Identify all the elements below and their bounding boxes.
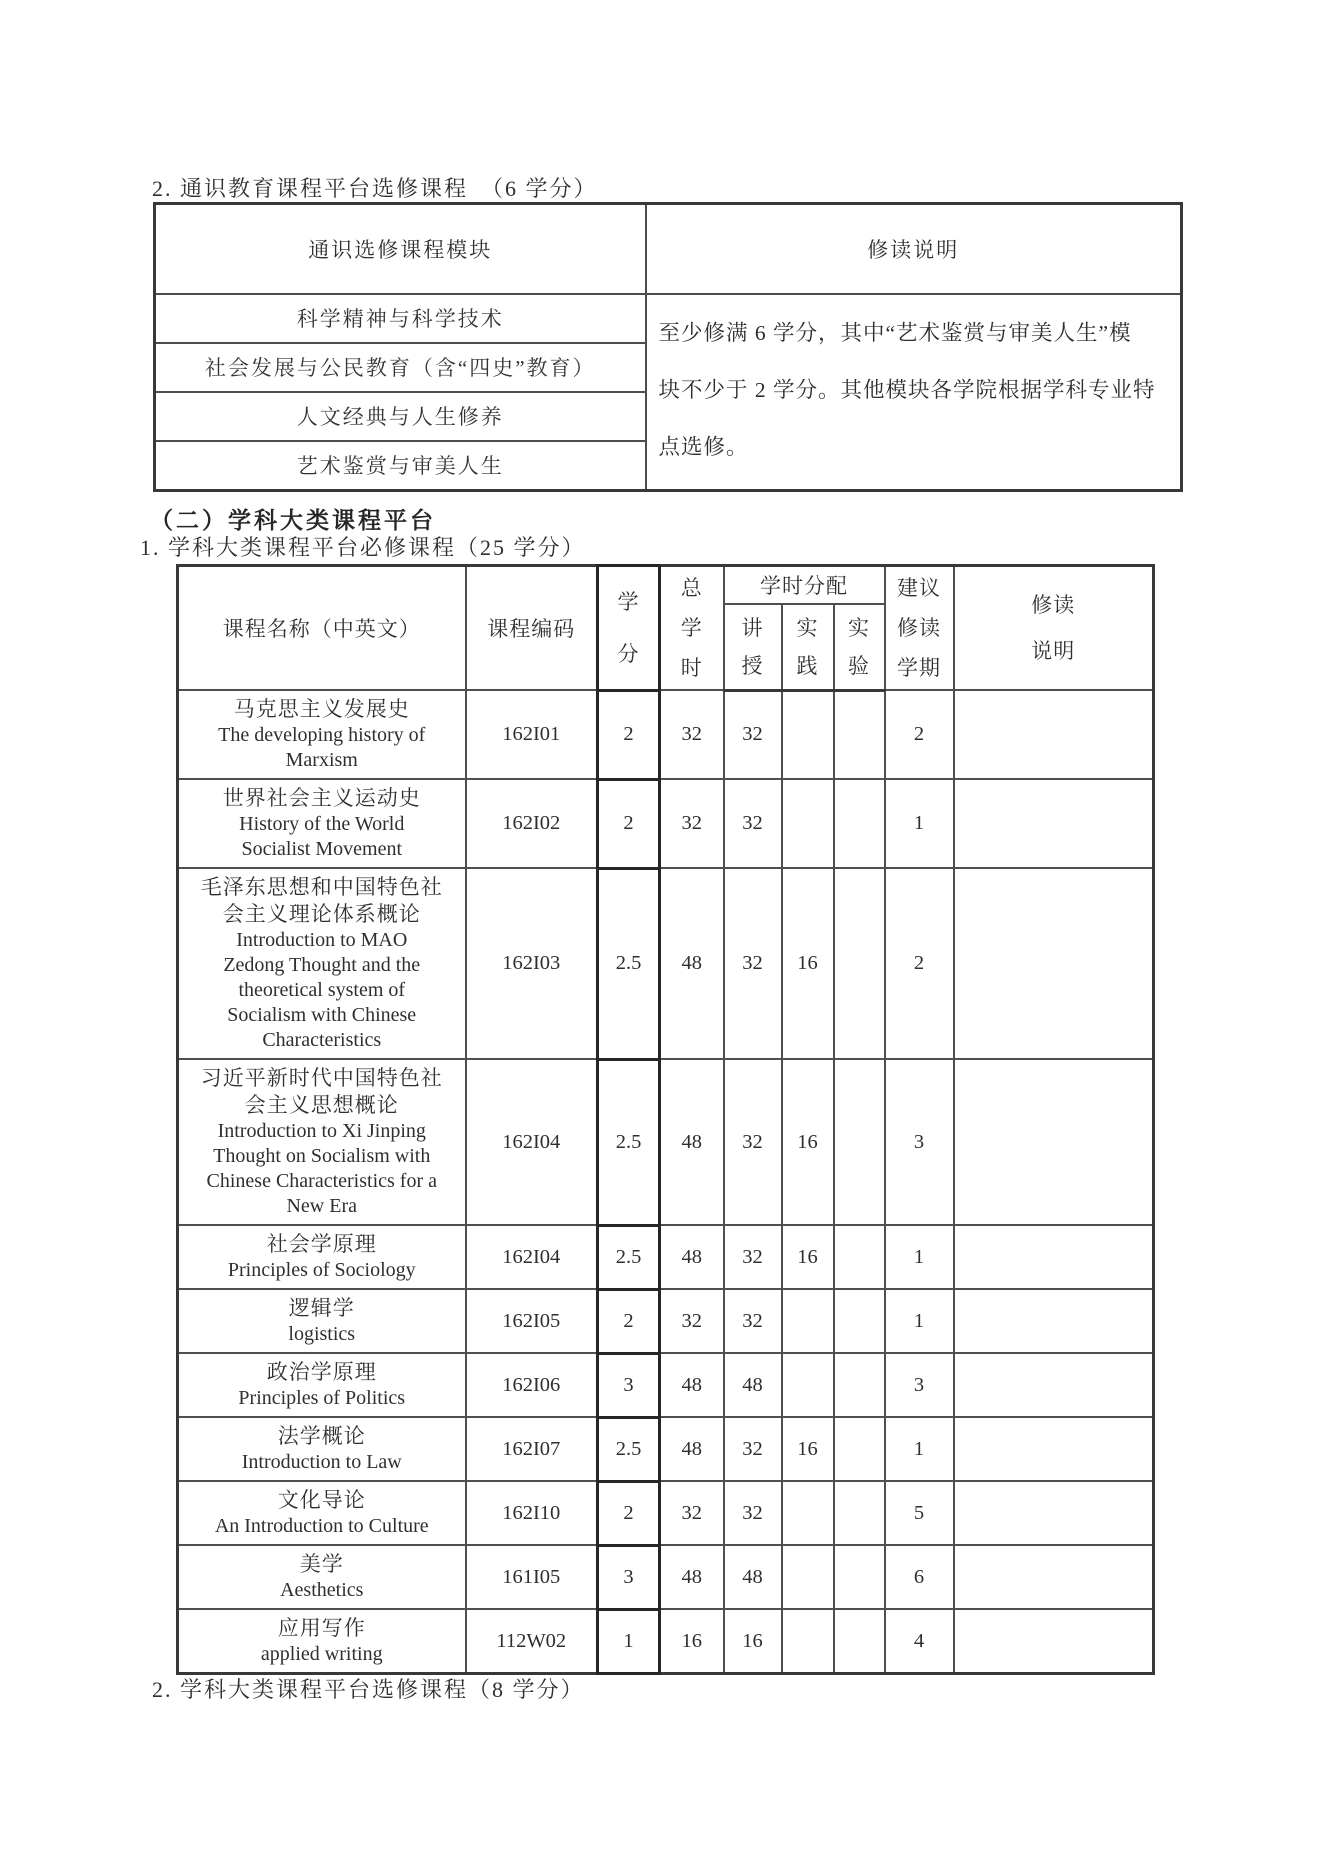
- course-name-en: The developing history of Marxism: [183, 723, 461, 773]
- course-name-en: Introduction to Xi Jinping Thought on So…: [183, 1119, 461, 1219]
- course-row: 文化导论 An Introduction to Culture 162I10 2…: [178, 1481, 1154, 1545]
- course-code-cell: 161I05: [466, 1545, 598, 1609]
- course-row: 社会学原理 Principles of Sociology 162I04 2.5…: [178, 1225, 1154, 1289]
- course-name-zh: 法学概论: [183, 1423, 461, 1450]
- table1-header-row: 通识选修课程模块 修读说明: [155, 204, 1182, 294]
- course-name-zh: 美学: [183, 1551, 461, 1578]
- course-name-en: Introduction to Law: [183, 1450, 461, 1475]
- course-name-en: History of the World Socialist Movement: [183, 812, 461, 862]
- course-credit-cell: 2: [598, 1481, 660, 1545]
- course-row: 政治学原理 Principles of Politics 162I06 3 48…: [178, 1353, 1154, 1417]
- course-semester-cell: 2: [885, 690, 954, 779]
- course-name-en: Principles of Politics: [183, 1386, 461, 1411]
- course-name-en: An Introduction to Culture: [183, 1514, 461, 1539]
- course-note-cell: [954, 1545, 1154, 1609]
- course-row: 应用写作 applied writing 112W02 1 16 16 4: [178, 1609, 1154, 1674]
- course-note-cell: [954, 1059, 1154, 1225]
- course-name-cell: 文化导论 An Introduction to Culture: [178, 1481, 466, 1545]
- course-name-en: applied writing: [183, 1642, 461, 1667]
- course-practice-hours-cell: [782, 1481, 834, 1545]
- course-experiment-hours-cell: [834, 779, 885, 868]
- course-lecture-hours-cell: 32: [724, 1417, 782, 1481]
- course-total-hours-cell: 32: [660, 1481, 724, 1545]
- note-line: 块不少于 2 学分。其他模块各学院根据学科专业特: [659, 362, 1175, 419]
- course-semester-cell: 4: [885, 1609, 954, 1674]
- course-code-cell: 162I03: [466, 868, 598, 1059]
- course-lecture-hours-cell: 32: [724, 1481, 782, 1545]
- course-row: 美学 Aesthetics 161I05 3 48 48 6: [178, 1545, 1154, 1609]
- heading-general-elective: 2. 通识教育课程平台选修课程 （6 学分）: [152, 172, 598, 203]
- course-total-hours-cell: 32: [660, 1289, 724, 1353]
- course-name-zh: 世界社会主义运动史: [183, 785, 461, 812]
- course-experiment-hours-cell: [834, 1289, 885, 1353]
- course-credit-cell: 3: [598, 1545, 660, 1609]
- course-lecture-hours-cell: 32: [724, 868, 782, 1059]
- course-name-en: Principles of Sociology: [183, 1258, 461, 1283]
- course-name-en: Aesthetics: [183, 1578, 461, 1603]
- course-name-en: Introduction to MAO Zedong Thought and t…: [183, 928, 461, 1053]
- module-cell: 社会发展与公民教育（含“四史”教育）: [155, 343, 646, 392]
- course-credit-cell: 2.5: [598, 1417, 660, 1481]
- course-practice-hours-cell: [782, 779, 834, 868]
- course-plan-page: 2. 通识教育课程平台选修课程 （6 学分） 通识选修课程模块 修读说明 科学精…: [0, 0, 1323, 1871]
- course-name-zh: 政治学原理: [183, 1359, 461, 1386]
- course-row: 习近平新时代中国特色社 会主义思想概论 Introduction to Xi J…: [178, 1059, 1154, 1225]
- course-total-hours-cell: 32: [660, 779, 724, 868]
- course-note-cell: [954, 690, 1154, 779]
- course-row: 马克思主义发展史 The developing history of Marxi…: [178, 690, 1154, 779]
- course-name-zh: 文化导论: [183, 1487, 461, 1514]
- note-line: 至少修满 6 学分，其中“艺术鉴赏与审美人生”模: [659, 305, 1175, 362]
- course-name-en: logistics: [183, 1322, 461, 1347]
- course-lecture-hours-cell: 32: [724, 779, 782, 868]
- course-name-cell: 应用写作 applied writing: [178, 1609, 466, 1674]
- course-name-zh: 毛泽东思想和中国特色社 会主义理论体系概论: [183, 874, 461, 928]
- course-note-cell: [954, 779, 1154, 868]
- course-practice-hours-cell: [782, 1353, 834, 1417]
- course-credit-cell: 2.5: [598, 1059, 660, 1225]
- course-code-cell: 162I04: [466, 1225, 598, 1289]
- course-practice-hours-cell: 16: [782, 1417, 834, 1481]
- course-experiment-hours-cell: [834, 1353, 885, 1417]
- course-practice-hours-cell: [782, 1289, 834, 1353]
- course-semester-cell: 2: [885, 868, 954, 1059]
- col-header-practice: 实 践: [782, 604, 834, 690]
- module-cell: 科学精神与科学技术: [155, 294, 646, 343]
- course-name-cell: 社会学原理 Principles of Sociology: [178, 1225, 466, 1289]
- course-total-hours-cell: 48: [660, 1353, 724, 1417]
- course-note-cell: [954, 1225, 1154, 1289]
- course-semester-cell: 1: [885, 1225, 954, 1289]
- course-semester-cell: 6: [885, 1545, 954, 1609]
- course-total-hours-cell: 32: [660, 690, 724, 779]
- course-note-cell: [954, 1289, 1154, 1353]
- course-credit-cell: 1: [598, 1609, 660, 1674]
- course-name-zh: 逻辑学: [183, 1295, 461, 1322]
- course-experiment-hours-cell: [834, 1059, 885, 1225]
- note-line: 点选修。: [659, 419, 1175, 476]
- col-header-experiment: 实 验: [834, 604, 885, 690]
- course-code-cell: 162I01: [466, 690, 598, 779]
- col-header-course-name: 课程名称（中英文）: [178, 566, 466, 691]
- course-lecture-hours-cell: 48: [724, 1545, 782, 1609]
- course-credit-cell: 2: [598, 779, 660, 868]
- required-course-table-body: 马克思主义发展史 The developing history of Marxi…: [178, 690, 1154, 1674]
- course-row: 逻辑学 logistics 162I05 2 32 32 1: [178, 1289, 1154, 1353]
- course-lecture-hours-cell: 32: [724, 1289, 782, 1353]
- course-lecture-hours-cell: 32: [724, 690, 782, 779]
- course-total-hours-cell: 48: [660, 868, 724, 1059]
- col-header-note: 修读说明: [646, 204, 1182, 294]
- course-name-cell: 法学概论 Introduction to Law: [178, 1417, 466, 1481]
- col-header-lecture: 讲 授: [724, 604, 782, 690]
- course-row: 世界社会主义运动史 History of the World Socialist…: [178, 779, 1154, 868]
- course-note-cell: [954, 1481, 1154, 1545]
- note-cell: 至少修满 6 学分，其中“艺术鉴赏与审美人生”模 块不少于 2 学分。其他模块各…: [646, 294, 1182, 491]
- col-header-hour-allocation: 学时分配: [724, 566, 885, 605]
- col-header-course-code: 课程编码: [466, 566, 598, 691]
- course-code-cell: 162I04: [466, 1059, 598, 1225]
- course-semester-cell: 3: [885, 1353, 954, 1417]
- course-experiment-hours-cell: [834, 1545, 885, 1609]
- col-header-suggested-semester: 建议 修读 学期: [885, 566, 954, 691]
- course-lecture-hours-cell: 48: [724, 1353, 782, 1417]
- course-practice-hours-cell: 16: [782, 1225, 834, 1289]
- course-experiment-hours-cell: [834, 868, 885, 1059]
- course-name-zh: 应用写作: [183, 1615, 461, 1642]
- course-note-cell: [954, 1417, 1154, 1481]
- course-semester-cell: 1: [885, 779, 954, 868]
- course-code-cell: 112W02: [466, 1609, 598, 1674]
- course-row: 毛泽东思想和中国特色社 会主义理论体系概论 Introduction to MA…: [178, 868, 1154, 1059]
- course-name-cell: 毛泽东思想和中国特色社 会主义理论体系概论 Introduction to MA…: [178, 868, 466, 1059]
- course-lecture-hours-cell: 32: [724, 1059, 782, 1225]
- col-header-note: 修读 说明: [954, 566, 1154, 691]
- course-name-cell: 政治学原理 Principles of Politics: [178, 1353, 466, 1417]
- course-note-cell: [954, 868, 1154, 1059]
- heading-required-courses: 1. 学科大类课程平台必修课程（25 学分）: [140, 531, 586, 562]
- course-code-cell: 162I07: [466, 1417, 598, 1481]
- course-credit-cell: 2.5: [598, 1225, 660, 1289]
- course-total-hours-cell: 48: [660, 1225, 724, 1289]
- course-practice-hours-cell: [782, 1545, 834, 1609]
- course-credit-cell: 2: [598, 690, 660, 779]
- course-name-cell: 美学 Aesthetics: [178, 1545, 466, 1609]
- course-name-cell: 世界社会主义运动史 History of the World Socialist…: [178, 779, 466, 868]
- course-total-hours-cell: 48: [660, 1417, 724, 1481]
- course-total-hours-cell: 16: [660, 1609, 724, 1674]
- course-total-hours-cell: 48: [660, 1545, 724, 1609]
- course-total-hours-cell: 48: [660, 1059, 724, 1225]
- course-experiment-hours-cell: [834, 1417, 885, 1481]
- course-practice-hours-cell: 16: [782, 1059, 834, 1225]
- course-experiment-hours-cell: [834, 1609, 885, 1674]
- course-semester-cell: 5: [885, 1481, 954, 1545]
- general-elective-module-table: 通识选修课程模块 修读说明 科学精神与科学技术 至少修满 6 学分，其中“艺术鉴…: [153, 202, 1183, 492]
- table2-header-row-1: 课程名称（中英文） 课程编码 学 分 总 学 时 学时分配 建议 修读 学期 修…: [178, 566, 1154, 605]
- required-course-table: 课程名称（中英文） 课程编码 学 分 总 学 时 学时分配 建议 修读 学期 修…: [176, 564, 1155, 1675]
- course-name-cell: 逻辑学 logistics: [178, 1289, 466, 1353]
- heading-discipline-elective: 2. 学科大类课程平台选修课程（8 学分）: [152, 1673, 585, 1704]
- course-name-zh: 马克思主义发展史: [183, 696, 461, 723]
- course-name-zh: 社会学原理: [183, 1231, 461, 1258]
- course-name-cell: 习近平新时代中国特色社 会主义思想概论 Introduction to Xi J…: [178, 1059, 466, 1225]
- course-credit-cell: 3: [598, 1353, 660, 1417]
- course-credit-cell: 2: [598, 1289, 660, 1353]
- course-name-cell: 马克思主义发展史 The developing history of Marxi…: [178, 690, 466, 779]
- module-row: 科学精神与科学技术 至少修满 6 学分，其中“艺术鉴赏与审美人生”模 块不少于 …: [155, 294, 1182, 343]
- course-row: 法学概论 Introduction to Law 162I07 2.5 48 3…: [178, 1417, 1154, 1481]
- course-semester-cell: 1: [885, 1289, 954, 1353]
- course-code-cell: 162I02: [466, 779, 598, 868]
- course-experiment-hours-cell: [834, 1225, 885, 1289]
- course-code-cell: 162I05: [466, 1289, 598, 1353]
- module-cell: 艺术鉴赏与审美人生: [155, 441, 646, 491]
- course-practice-hours-cell: [782, 1609, 834, 1674]
- course-practice-hours-cell: [782, 690, 834, 779]
- course-credit-cell: 2.5: [598, 868, 660, 1059]
- course-practice-hours-cell: 16: [782, 868, 834, 1059]
- course-code-cell: 162I06: [466, 1353, 598, 1417]
- course-note-cell: [954, 1353, 1154, 1417]
- course-lecture-hours-cell: 32: [724, 1225, 782, 1289]
- course-name-zh: 习近平新时代中国特色社 会主义思想概论: [183, 1065, 461, 1119]
- col-header-credit: 学 分: [598, 566, 660, 691]
- course-lecture-hours-cell: 16: [724, 1609, 782, 1674]
- col-header-total-hours: 总 学 时: [660, 566, 724, 691]
- course-semester-cell: 3: [885, 1059, 954, 1225]
- course-experiment-hours-cell: [834, 1481, 885, 1545]
- col-header-module: 通识选修课程模块: [155, 204, 646, 294]
- module-cell: 人文经典与人生修养: [155, 392, 646, 441]
- course-code-cell: 162I10: [466, 1481, 598, 1545]
- course-experiment-hours-cell: [834, 690, 885, 779]
- course-semester-cell: 1: [885, 1417, 954, 1481]
- course-note-cell: [954, 1609, 1154, 1674]
